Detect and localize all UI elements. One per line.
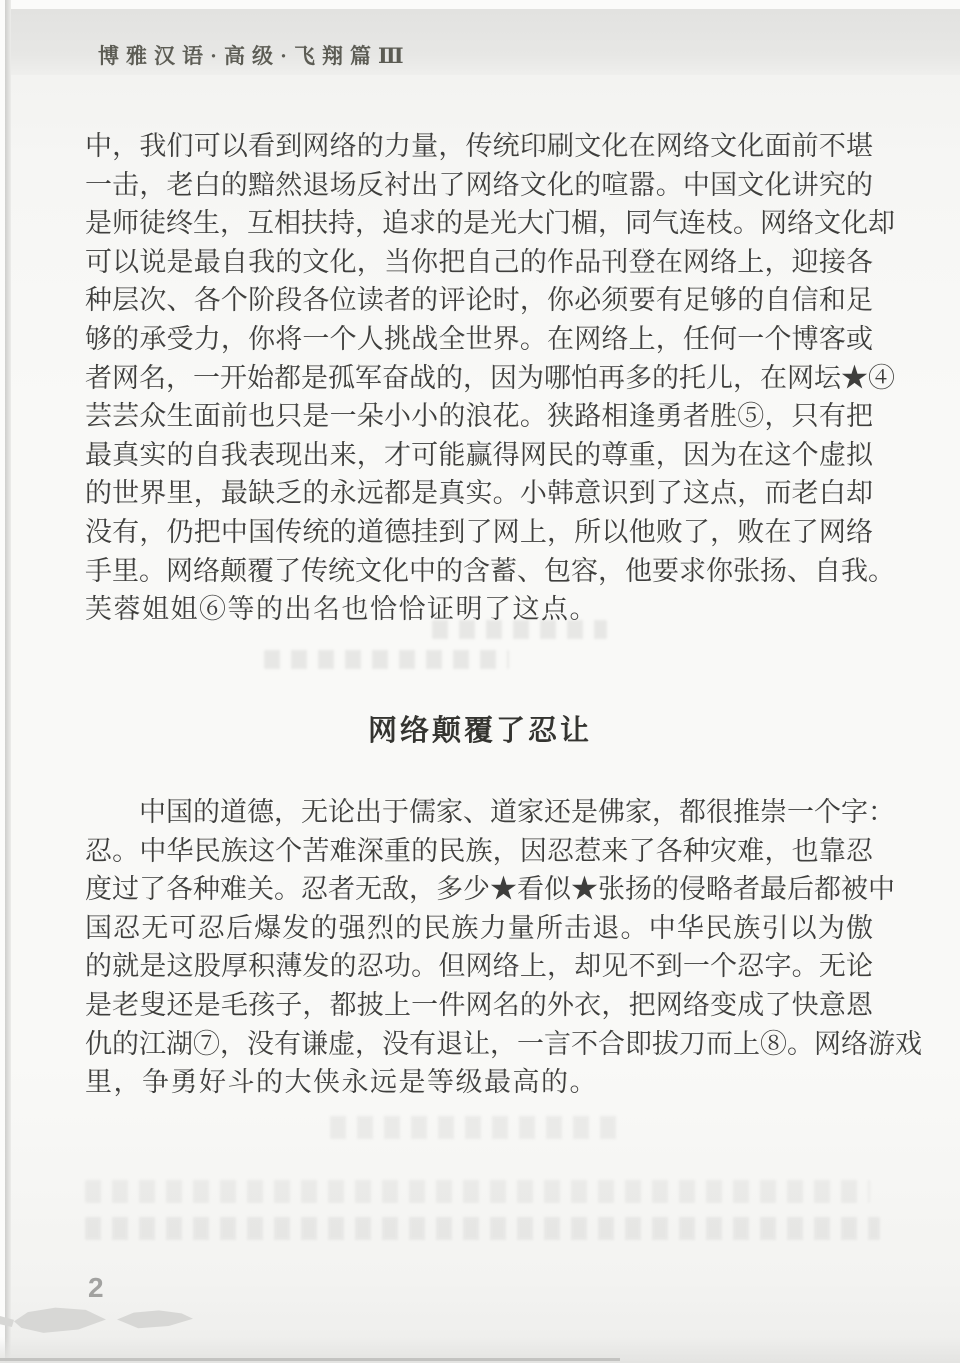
paragraph2-line: 忍。中华民族这个苦难深重的民族，因忍惹来了各种灾难，也靠忍 xyxy=(85,832,873,871)
bleedthrough-text xyxy=(432,620,607,639)
paragraph-1: 中，我们可以看到网络的力量，传统印刷文化在网络文化面前不堪 一击，老白的黯然退场… xyxy=(85,127,873,629)
paragraph2-line: 国忍无可忍后爆发的强烈的民族力量所击退。中华民族引以为傲 xyxy=(85,909,873,948)
paragraph2-line: 度过了各种难关。忍者无敌，多少★看似★张扬的侵略者最后都被中 xyxy=(85,870,873,909)
paragraph1-line: 最真实的自我表现出来，才可能赢得网民的尊重，因为在这个虚拟 xyxy=(85,436,873,475)
page-number: 2 xyxy=(88,1272,104,1304)
paragraph2-line: 仇的江湖⑦，没有谦虚，没有退让，一言不合即拔刀而上⑧。网络游戏 xyxy=(85,1025,873,1064)
paragraph1-line: 是师徒终生，互相扶持，追求的是光大门楣，同气连枝。网络文化却 xyxy=(85,204,873,243)
paragraph2-line: 里，争勇好斗的大侠永远是等级最高的。 xyxy=(85,1063,873,1102)
paragraph2-line: 的就是这股厚积薄发的忍功。但网络上，却见不到一个忍字。无论 xyxy=(85,947,873,986)
leaf-ornament-icon xyxy=(14,1306,106,1334)
bleedthrough-text xyxy=(85,1217,880,1240)
paragraph2-line: 是老叟还是毛孩子，都披上一件网名的外衣，把网络变成了快意恩 xyxy=(85,986,873,1025)
paragraph1-line: 中，我们可以看到网络的力量，传统印刷文化在网络文化面前不堪 xyxy=(85,127,873,166)
book-series-title: 博雅汉语·高级·飞翔篇Ⅲ xyxy=(98,40,411,70)
page-top-edge xyxy=(0,0,960,9)
page-left-shadow xyxy=(5,0,11,1363)
paragraph1-line: 可以说是最自我的文化，当你把自己的作品刊登在网络上，迎接各 xyxy=(85,243,873,282)
paragraph1-line: 一击，老白的黯然退场反衬出了网络文化的喧嚣。中国文化讲究的 xyxy=(85,166,873,205)
paragraph1-line: 没有，仍把中国传统的道德挂到了网上，所以他败了，败在了网络 xyxy=(85,513,873,552)
bottom-rule xyxy=(0,1358,620,1361)
paragraph1-line: 手里。网络颠覆了传统文化中的含蓄、包容，他要求你张扬、自我。 xyxy=(85,552,873,591)
bleedthrough-heading xyxy=(330,1116,620,1139)
section-title: 网络颠覆了忍让 xyxy=(0,708,960,754)
bleedthrough-text xyxy=(264,650,509,669)
paragraph2-line: 中国的道德，无论出于儒家、道家还是佛家，都很推崇一个字： xyxy=(85,793,873,832)
paragraph1-line: 够的承受力，你将一个人挑战全世界。在网络上，任何一个博客或 xyxy=(85,320,873,359)
leaf-ornament-icon xyxy=(117,1310,193,1329)
paragraph1-line: 芸芸众生面前也只是一朵小小的浪花。狭路相逢勇者胜⑤，只有把 xyxy=(85,397,873,436)
paragraph1-line: 者网名，一开始都是孤军奋战的，因为哪怕再多的托儿，在网坛★④ xyxy=(85,359,873,398)
book-page: 博雅汉语·高级·飞翔篇Ⅲ 中，我们可以看到网络的力量，传统印刷文化在网络文化面前… xyxy=(0,0,960,1363)
paragraph1-line: 的世界里，最缺乏的永远都是真实。小韩意识到了这点，而老白却 xyxy=(85,474,873,513)
paragraph1-line: 种层次、各个阶段各位读者的评论时，你必须要有足够的自信和足 xyxy=(85,281,873,320)
paragraph-2: 中国的道德，无论出于儒家、道家还是佛家，都很推崇一个字： 忍。中华民族这个苦难深… xyxy=(85,793,873,1102)
bleedthrough-text xyxy=(85,1180,870,1203)
